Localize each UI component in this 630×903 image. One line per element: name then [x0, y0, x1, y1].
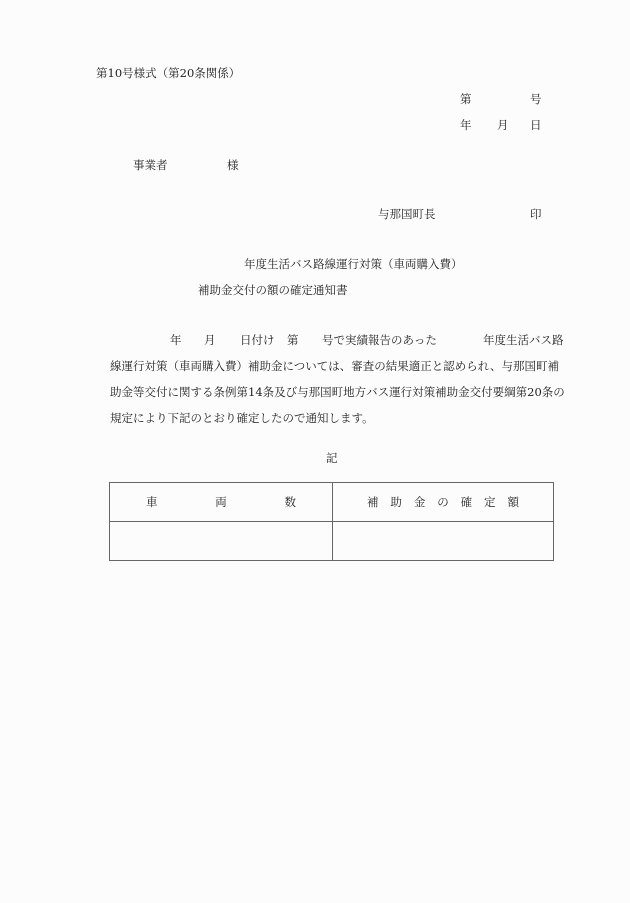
document-title-line2: 補助金交付の額の確定通知書 [198, 283, 348, 297]
ki-heading: 記 [326, 451, 338, 465]
body-line1-month: 月 [204, 333, 216, 347]
table-header-row: 車 両 数 補 助 金 の 確 定 額 [110, 483, 554, 522]
date-month: 月 [497, 118, 509, 132]
header-char: 金 [414, 494, 426, 510]
header-char: 助 [390, 494, 402, 510]
body-line3: 助金等交付に関する条例第14条及び与那国町地方バス運行対策補助金交付要綱第20条… [110, 385, 566, 399]
subsidy-amount-cell [333, 522, 554, 561]
header-char: 車 [146, 494, 158, 510]
number-suffix: 号 [530, 92, 542, 106]
header-subsidy-amount: 補 助 金 の 確 定 額 [333, 483, 554, 522]
header-char: 定 [484, 494, 496, 510]
body-line1-report: 号で実績報告のあった [322, 333, 437, 347]
determination-table: 車 両 数 補 助 金 の 確 定 額 [109, 482, 554, 561]
body-line1-date: 日付け [240, 333, 275, 347]
issuer-title: 与那国町長 [378, 207, 436, 221]
header-char: 確 [461, 494, 473, 510]
header-char: 両 [215, 494, 227, 510]
form-label: 第10号様式（第20条関係） [96, 66, 240, 80]
table-row [110, 522, 554, 561]
date-day: 日 [530, 118, 542, 132]
header-vehicle-count: 車 両 数 [110, 483, 333, 522]
body-line2: 線運行対策（車両購入費）補助金については、審査の結果適正と認められ、与那国町補 [110, 359, 566, 373]
header-char: 額 [507, 494, 519, 510]
body-line4: 規定により下記のとおり確定したので通知します。 [110, 411, 566, 425]
header-char: の [437, 494, 449, 510]
body-line1-no: 第 [287, 333, 299, 347]
seal-mark: 印 [530, 207, 542, 221]
date-year: 年 [460, 118, 472, 132]
number-prefix: 第 [460, 92, 472, 106]
body-line1-year: 年 [170, 333, 182, 347]
vehicle-count-cell [110, 522, 333, 561]
addressee-honorific: 様 [227, 158, 239, 172]
addressee-name: 事業者 [133, 158, 168, 172]
header-char: 補 [367, 494, 379, 510]
body-line1-fiscal: 年度生活バス路 [483, 333, 564, 347]
header-char: 数 [285, 494, 297, 510]
document-title-line1: 年度生活バス路線運行対策（車両購入費） [244, 257, 463, 271]
